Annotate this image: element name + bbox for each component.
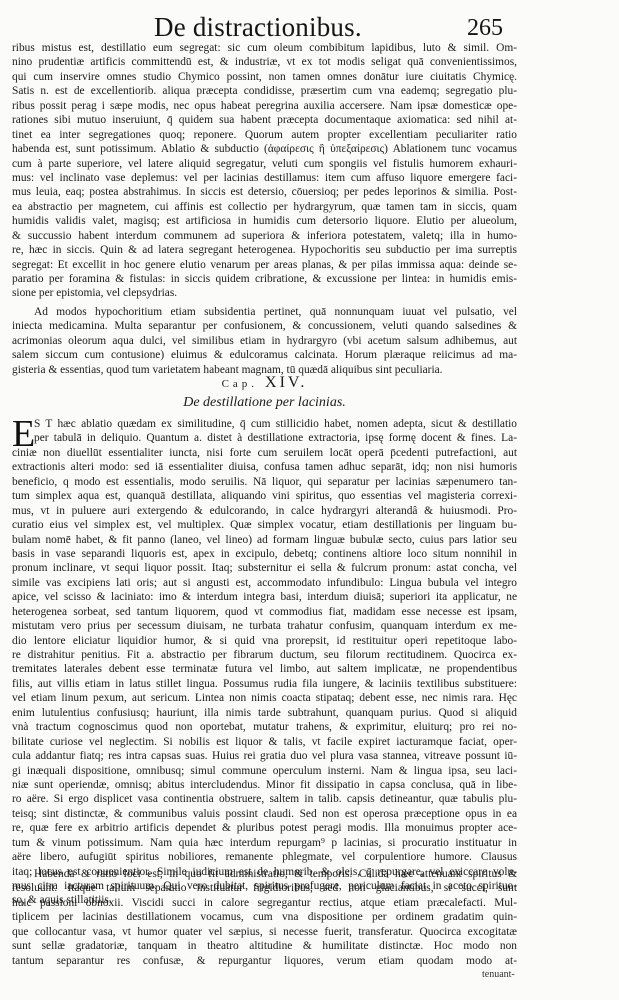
text-line: mus leuia, eaq; postea abstrahimus. In s…: [12, 185, 517, 199]
text-line: re, quæ fere ex arbitrio artificis depen…: [12, 821, 517, 835]
text-line: enim lutulentius confusiusq; hauriunt, i…: [12, 706, 517, 720]
text-line: beneficio, q modo est essentialis, modo …: [12, 475, 517, 489]
text-line: teisq; sint distinctæ, & communibus valu…: [12, 807, 517, 821]
text-line: cum à parte superiore, vel latere aliqui…: [12, 157, 517, 171]
text-line: curatio eius vel simplex est, vel multip…: [12, 518, 517, 532]
text-line: basis in vase separandi liquoris est, ap…: [12, 547, 517, 561]
text-line: re distrahitur penitius. Fit a. abstract…: [12, 648, 517, 662]
text-line: pronum inclinare, vt sequi liquor possit…: [12, 561, 517, 575]
text-line: apice, vel scisso & laciniato: imo & int…: [12, 590, 517, 604]
text-line: qui cum inservire omnes studio Chymico p…: [12, 70, 517, 84]
text-line: habenda est, sunt potissimum. Ablatio & …: [12, 142, 517, 156]
text-line: vnà tractum cognoscimus quod non oporteb…: [12, 720, 517, 734]
text-line: resoluunt. Itaque talium separatio insti…: [12, 881, 517, 895]
text-line: S T hæc ablatio quædam ex similitudine, …: [12, 417, 517, 431]
text-line: filis, aut villis etiam in latus stillet…: [12, 677, 517, 691]
text-line: tremitates laterales debent esse termina…: [12, 662, 517, 676]
text-line: ciniæ non diuellūt essentialiter iuncta,…: [12, 446, 517, 460]
text-line: bulam nomē habet, & fit panno (laneo, ve…: [12, 533, 517, 547]
text-line: gi inæquali dispositione, omnibusq; simu…: [12, 764, 517, 778]
text-line: paratio per foramina & fistulas: in sicc…: [12, 272, 517, 286]
chapter-heading: Cap. XIV.: [12, 374, 517, 392]
text-line: rationes sibi mutuo inseruiunt, q̄ quide…: [12, 113, 517, 127]
text-line: bilitate curiose vel neglectim. Si nobil…: [12, 735, 517, 749]
text-line: vel etiam linum pexum, aut sericum. Lint…: [12, 691, 517, 705]
page-header: De distractionibus. 265: [12, 0, 517, 45]
text-line: mus, vt in puluere auri extergendo & edu…: [12, 504, 517, 518]
paragraph-habenda: Habenda & ratio loci est, in quo fit adm…: [12, 867, 517, 968]
text-line: re, hæc in siccis. Quin & ad latera segr…: [12, 243, 517, 257]
text-line: salem siccum cum contusione) eluimus & e…: [12, 348, 517, 362]
text-line: dio lentore eliciatur liquidior humor, &…: [12, 634, 517, 648]
paragraph-continued: ribus mistus est, destillatio eum segreg…: [12, 41, 517, 301]
text-line: Habenda & ratio loci est, in quo fit adm…: [12, 867, 517, 881]
text-line: cula addantur fiatq; res intra capsas su…: [12, 749, 517, 763]
text-line: tantum separantur res confusæ, & repurga…: [12, 954, 517, 968]
running-title: De distractionibus.: [154, 12, 362, 43]
text-line: Satis n. est de excellentiorib. aliqua p…: [12, 84, 517, 98]
text-line: nino prudentiæ artificis committendū est…: [12, 55, 517, 69]
chapter-label: Cap.: [222, 378, 258, 390]
text-line: tinet ea inter segregationes quoq; repon…: [12, 128, 517, 142]
text-line: segregat: Et excellit in hoc genere elut…: [12, 258, 517, 272]
text-line: ro aëre. Si ergo displicet vasa continen…: [12, 792, 517, 806]
text-line: tum & vinum potissimum. Nam quia hæc int…: [12, 836, 517, 850]
text-line: iniecta medicamina. Multa separantur per…: [12, 319, 517, 333]
book-page: De distractionibus. 265 ribus mistus est…: [12, 0, 517, 45]
text-line: ribus mistus est, destillatio eum segreg…: [12, 41, 517, 55]
text-line: Ad modos hypochoritium etiam subsidentia…: [12, 305, 517, 319]
chapter-number: XIV.: [265, 374, 307, 391]
text-line: extractionis alteri modo: sed iā essenti…: [12, 460, 517, 474]
text-line: niæ sunt operiendæ, omnisq; abitus inter…: [12, 778, 517, 792]
paragraph-hypochoritium: Ad modos hypochoritium etiam subsidentia…: [12, 305, 517, 377]
chapter-title: De destillatione per lacinias.: [12, 395, 517, 411]
text-line: tiplicem per lacinias destillationem voc…: [12, 910, 517, 924]
text-line: sione per epistomia, vel clepsydrias.: [12, 286, 517, 300]
text-line: mistutam vero prius per secessum diuisam…: [12, 619, 517, 633]
text-line: tum simplex aqua est, quanquā destillata…: [12, 489, 517, 503]
drop-cap: E: [12, 419, 35, 449]
text-line: simile vas excipiens lati oris; aut si a…: [12, 576, 517, 590]
text-line: aëre libero, aufugiūt spiritus nobiliore…: [12, 850, 517, 864]
catchword: tenuant-: [482, 969, 515, 980]
text-line: ribus possit perag i sæpe modis, nec opu…: [12, 99, 517, 113]
text-line: & succussio habent interdum communem ad …: [12, 229, 517, 243]
text-line: heterogenea sorbeat, sed tantum liquorem…: [12, 605, 517, 619]
text-line: huic passioni obnoxii. Viscidi succi in …: [12, 896, 517, 910]
paragraph-destillatio: E S T hæc ablatio quædam ex similitudine…: [12, 417, 517, 908]
text-line: acrimonias oleorum aqua dulci, vel simil…: [12, 334, 517, 348]
text-line: per tabulā in deliquio. Quantum a. diste…: [12, 431, 517, 445]
text-line: sunt sellæ gradatoriæ, tanquam in theatr…: [12, 939, 517, 953]
text-line: ea abstractio per magnetem, cui affinis …: [12, 200, 517, 214]
text-line: que collocantur vasa, vt humor quater ve…: [12, 925, 517, 939]
text-line: mus: vel inclinato vase deplemus: vel pe…: [12, 171, 517, 185]
page-number: 265: [467, 15, 503, 42]
text-line: humidis validis valet, magisq; est artif…: [12, 214, 517, 228]
